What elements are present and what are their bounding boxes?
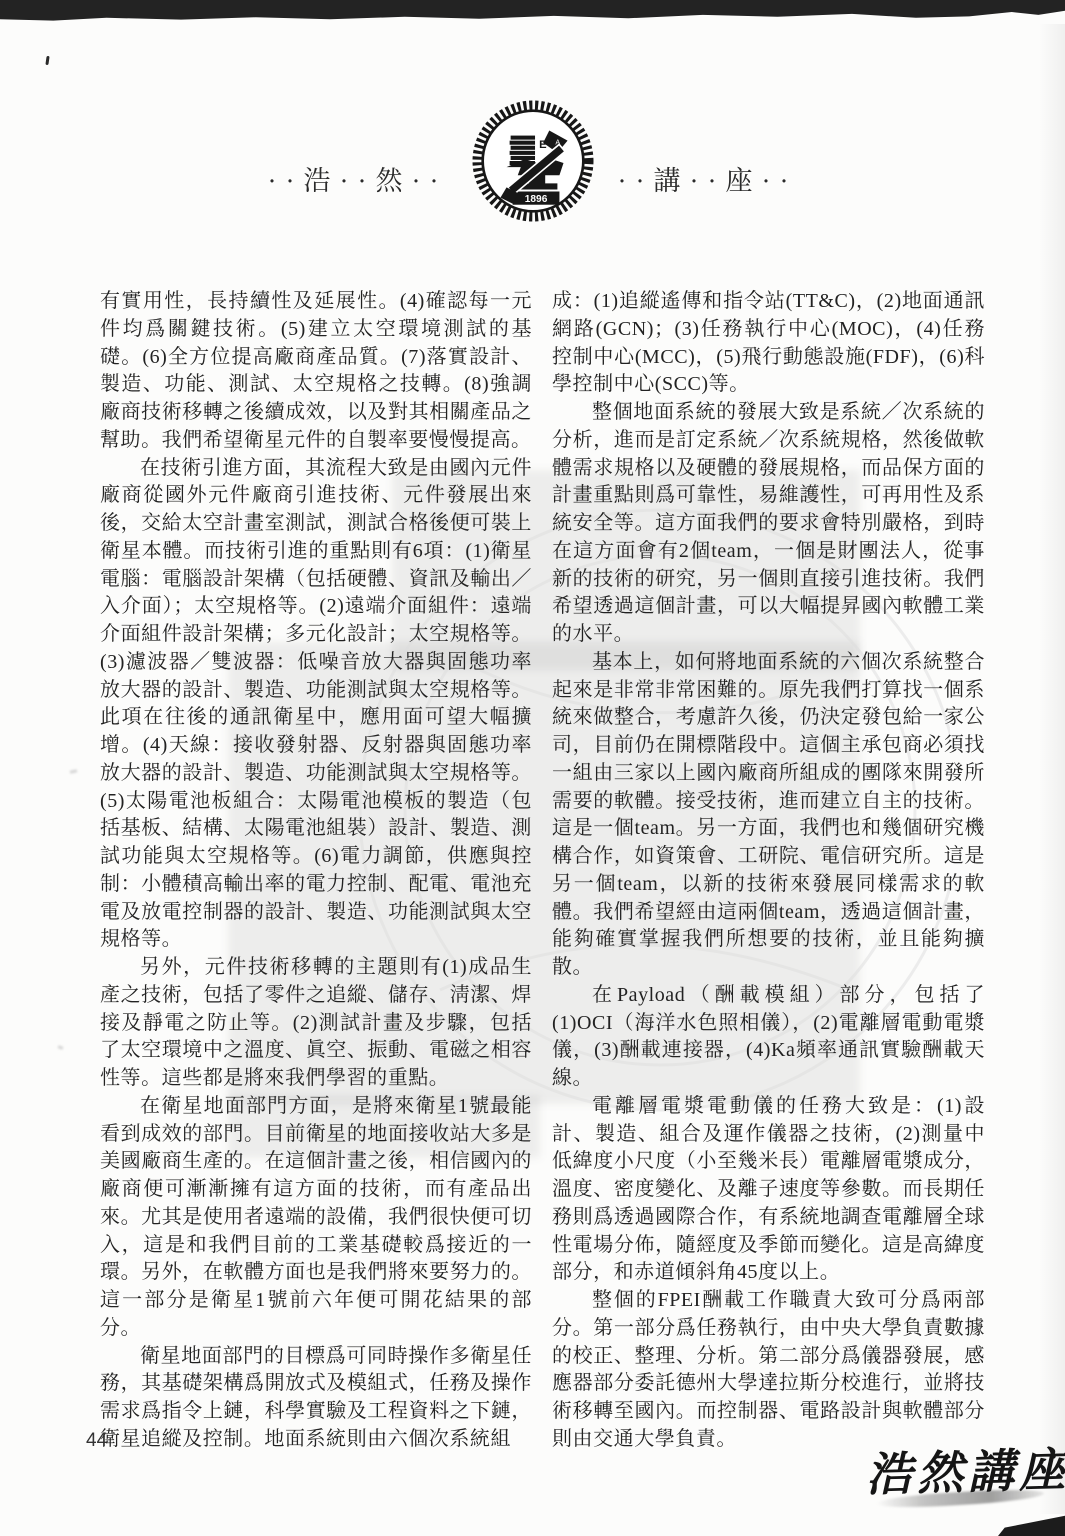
top-edge-scan-artifact: [0, 0, 1065, 24]
scan-speck: [70, 769, 77, 773]
right-column: 成：(1)追縱遙傳和指令站(TT&C)，(2)地面通訊網路(GCN)；(3)任務…: [552, 288, 985, 1454]
paragraph: 整個地面系統的發展大致是系統／次系統的分析，進而是訂定系統／次系統規格，然後做軟…: [552, 399, 985, 649]
paragraph: 基本上，如何將地面系統的六個次系統整合起來是非常非常困難的。原先我們打算找一個系…: [552, 649, 985, 982]
paragraph: 成：(1)追縱遙傳和指令站(TT&C)，(2)地面通訊網路(GCN)；(3)任務…: [552, 288, 985, 399]
svg-text:E: E: [539, 139, 547, 151]
paragraph: 電離層電漿電動儀的任務大致是：(1)設計、製造、組合及運作儀器之技術，(2)測量…: [552, 1093, 985, 1287]
bottom-corner-scan-artifact: [998, 1514, 1065, 1536]
scanned-page: ··浩··然··: [0, 0, 1065, 1536]
left-column: 有實用性，長持續性及延展性。(4)確認每一元件均爲關鍵技術。(5)建立太空環境測…: [100, 288, 532, 1454]
paragraph: 有實用性，長持續性及延展性。(4)確認每一元件均爲關鍵技術。(5)建立太空環境測…: [100, 288, 532, 455]
paragraph: 在技術引進方面，其流程大致是由國內元件廠商從國外元件廠商引進技術、元件發展出來後…: [100, 455, 532, 955]
university-seal-icon: E S A 1896: [472, 100, 594, 222]
paragraph: 整個的FPEI酬載工作職責大致可分爲兩部分。第一部分爲任務執行，由中央大學負責數…: [552, 1287, 985, 1454]
footer-calligraphy: 浩然講座: [865, 1433, 1065, 1504]
right-edge-shadow: [1039, 24, 1065, 1514]
paragraph: 在Payload（酬載模組）部分，包括了(1)OCI（海洋水色照相儀），(2)電…: [552, 982, 985, 1093]
paragraph: 另外，元件技術移轉的主題則有(1)成品生產之技術，包括了零件之追縱、儲存、淸潔、…: [100, 954, 532, 1093]
series-title-left: ··浩··然··: [268, 125, 448, 198]
svg-text:A: A: [555, 139, 560, 147]
series-title-right: ··講··座··: [618, 125, 798, 198]
paragraph: 在衛星地面部門方面，是將來衛星1號最能看到成效的部門。目前衛星的地面接收站大多是…: [100, 1093, 532, 1343]
scan-speck: [45, 56, 49, 65]
page-number: 44: [86, 1430, 107, 1452]
header: ··浩··然··: [0, 96, 1065, 226]
paragraph: 衛星地面部門的目標爲可同時操作多衛星任務，其基礎架構爲開放式及模組式，任務及操作…: [100, 1343, 532, 1454]
svg-text:1896: 1896: [524, 194, 547, 205]
scan-speck: [58, 1045, 64, 1050]
